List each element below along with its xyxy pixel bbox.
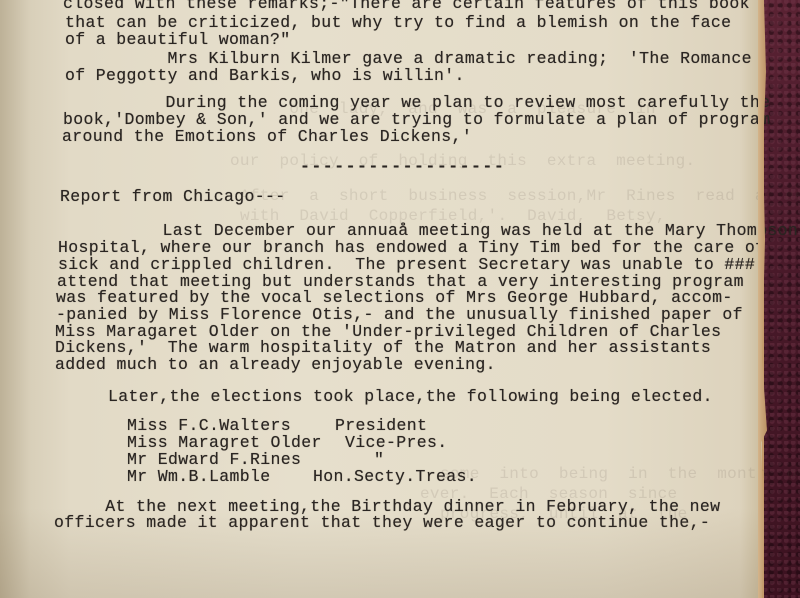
text-line: of Peggotty and Barkis, who is willin'.	[65, 68, 465, 85]
section-separator: ------------------	[300, 159, 505, 176]
text-line: added much to an already enjoyable eveni…	[55, 357, 496, 374]
officer-title: Hon.Secty.Treas.	[313, 467, 477, 486]
bleed-through-text: After a short business session,Mr Rines …	[240, 187, 800, 205]
section-heading: Report from Chicago---	[60, 189, 286, 206]
page-shadow	[0, 508, 762, 598]
text-line: around the Emotions of Charles Dickens,'	[62, 129, 472, 146]
bleed-through-text: some into being in the month of Septembe…	[440, 465, 800, 483]
officer-title: Vice-Pres.	[345, 433, 448, 452]
typed-page: one lady, and was a pleasure in our poli…	[0, 0, 762, 598]
text-line: closed with these remarks;-"There are ce…	[63, 0, 750, 13]
officer-name: Mr Wm.B.Lamble	[127, 467, 271, 486]
text-line: of a beautiful woman?"	[65, 32, 291, 49]
elections-intro: Later,the elections took place,the follo…	[108, 389, 713, 406]
